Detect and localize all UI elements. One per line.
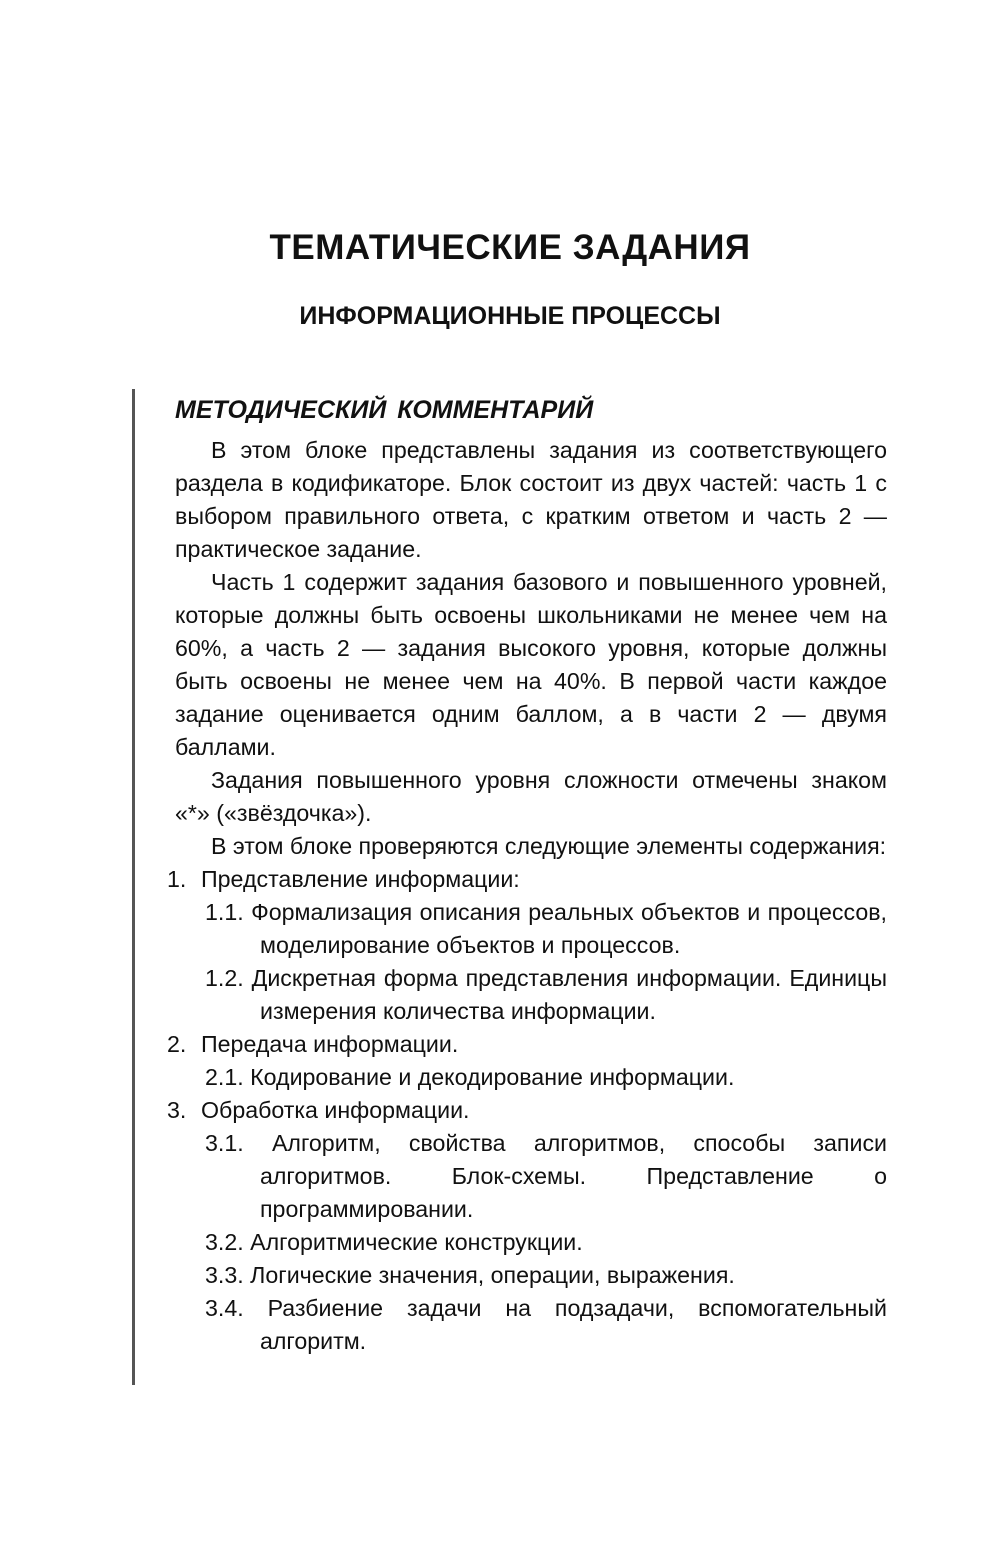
comment-heading: МЕТОДИЧЕСКИЙ КОММЕНТАРИЙ — [175, 392, 887, 428]
outline-number: 2.1. — [205, 1064, 244, 1090]
outline-subitem: 2.1. Кодирование и декодирование информа… — [175, 1061, 887, 1094]
outline-number: 3. — [167, 1094, 201, 1127]
outline-label: Передача информации. — [201, 1031, 458, 1057]
paragraph: Часть 1 содержит задания базового и повы… — [175, 566, 887, 764]
outline-number: 1.1. — [205, 899, 244, 925]
methodical-comment: МЕТОДИЧЕСКИЙ КОММЕНТАРИЙ В этом блоке пр… — [175, 392, 887, 1358]
paragraph: В этом блоке представлены задания из соо… — [175, 434, 887, 566]
outline-label: Кодирование и декодирование информации. — [250, 1064, 734, 1090]
page-subtitle: ИНФОРМАЦИОННЫЕ ПРОЦЕССЫ — [0, 302, 1000, 331]
paragraph: В этом блоке проверяются следующие элеме… — [175, 830, 887, 863]
outline-label: Обработка информации. — [201, 1097, 469, 1123]
outline-label: Разбиение задачи на подзадачи, вспомогат… — [260, 1295, 887, 1354]
outline-item: 2.Передача информации. — [167, 1028, 887, 1061]
outline-item: 3.Обработка информации. — [167, 1094, 887, 1127]
outline-label: Формализация описания реальных объектов … — [251, 899, 887, 958]
outline-number: 1. — [167, 863, 201, 896]
outline-subitem: 3.3. Логические значения, операции, выра… — [175, 1259, 887, 1292]
outline-number: 1.2. — [205, 965, 244, 991]
outline-subitem: 3.1. Алгоритм, свойства алгоритмов, спос… — [175, 1127, 887, 1226]
outline-label: Алгоритмические конструкции. — [250, 1229, 583, 1255]
comment-side-rule — [132, 389, 135, 1385]
outline-number: 3.1. — [205, 1130, 244, 1156]
outline-number: 2. — [167, 1028, 201, 1061]
outline-number: 3.2. — [205, 1229, 244, 1255]
outline-label: Представление информации: — [201, 866, 520, 892]
outline-number: 3.3. — [205, 1262, 244, 1288]
outline-subitem: 3.2. Алгоритмические конструкции. — [175, 1226, 887, 1259]
outline-label: Дискретная форма представления информаци… — [252, 965, 887, 1024]
outline-label: Алгоритм, свойства алгоритмов, способы з… — [260, 1130, 887, 1222]
outline-subitem: 1.1. Формализация описания реальных объе… — [175, 896, 887, 962]
outline-list: 1.Представление информации: 1.1. Формали… — [175, 863, 887, 1358]
page-title: ТЕМАТИЧЕСКИЕ ЗАДАНИЯ — [0, 228, 1000, 268]
outline-item: 1.Представление информации: — [167, 863, 887, 896]
outline-subitem: 1.2. Дискретная форма представления инфо… — [175, 962, 887, 1028]
outline-label: Логические значения, операции, выражения… — [250, 1262, 735, 1288]
outline-subitem: 3.4. Разбиение задачи на подзадачи, вспо… — [175, 1292, 887, 1358]
paragraph: Задания повышенного уровня сложности отм… — [175, 764, 887, 830]
outline-number: 3.4. — [205, 1295, 244, 1321]
